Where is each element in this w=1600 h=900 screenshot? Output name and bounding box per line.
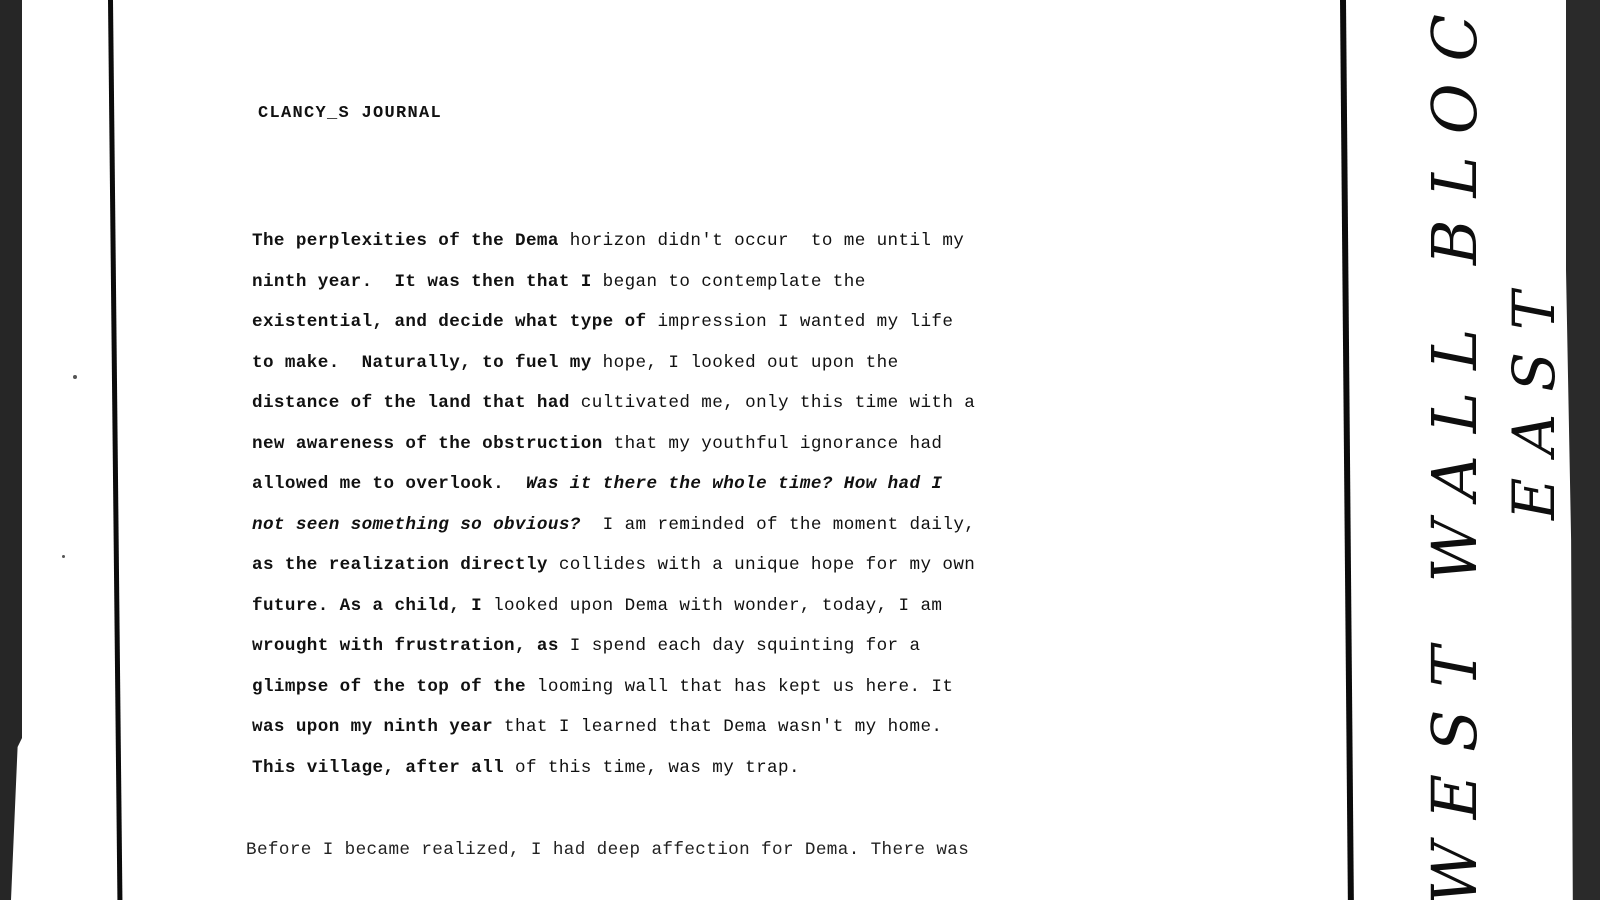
text-line: ninth year. It was then that I began to … xyxy=(252,267,1152,308)
text-line: The perplexities of the Dema horizon did… xyxy=(252,226,1152,267)
text-line: not seen something so obvious? I am remi… xyxy=(252,510,1152,551)
text-segment: that my youthful ignorance had xyxy=(614,434,943,454)
text-segment: of this time, was my trap. xyxy=(515,758,800,778)
text-segment: to make. Naturally, to fuel my xyxy=(252,353,603,373)
text-segment: hope, I looked out upon the xyxy=(603,353,899,373)
text-line: This village, after all of this time, wa… xyxy=(252,753,1152,794)
scan-edge-right xyxy=(1566,0,1600,900)
text-segment: existential, and decide what type of xyxy=(252,312,657,332)
text-line: future. As a child, I looked upon Dema w… xyxy=(252,591,1152,632)
text-segment: future. As a child, I xyxy=(252,596,493,616)
text-segment: horizon didn't occur to me until my xyxy=(570,231,965,251)
text-segment: not seen something so obvious? xyxy=(252,515,581,535)
text-segment: allowed me to overlook. xyxy=(252,474,526,494)
text-segment: collides with a unique hope for my own xyxy=(559,555,975,575)
document-title: CLANCY_S JOURNAL xyxy=(258,104,442,123)
text-segment: cultivated me, only this time with a xyxy=(581,393,976,413)
text-segment: This village, after all xyxy=(252,758,515,778)
journal-paragraph-2: Before I became realized, I had deep aff… xyxy=(246,840,969,860)
text-segment: I am reminded of the moment daily, xyxy=(581,515,976,535)
page-border-right xyxy=(1340,0,1354,900)
text-line: wrought with frustration, as I spend eac… xyxy=(252,631,1152,672)
text-line: to make. Naturally, to fuel my hope, I l… xyxy=(252,348,1152,389)
text-segment: glimpse of the top of the xyxy=(252,677,537,697)
text-line: glimpse of the top of the looming wall t… xyxy=(252,672,1152,713)
handwritten-margin-note: EAST xyxy=(1500,269,1568,520)
text-segment: Was it there the whole time? How had I xyxy=(526,474,942,494)
text-line: existential, and decide what type of imp… xyxy=(252,307,1152,348)
text-segment: impression I wanted my life xyxy=(657,312,953,332)
text-line: was upon my ninth year that I learned th… xyxy=(252,712,1152,753)
scan-speck xyxy=(62,555,65,558)
page-border-left xyxy=(108,0,122,900)
handwritten-margin-note: WEST WALL BLOCKED xyxy=(1418,0,1491,900)
text-segment: that I learned that Dema wasn't my home. xyxy=(504,717,942,737)
text-segment: distance of the land that had xyxy=(252,393,581,413)
text-line: as the realization directly collides wit… xyxy=(252,550,1152,591)
text-line: allowed me to overlook. Was it there the… xyxy=(252,469,1152,510)
text-segment: wrought with frustration, as xyxy=(252,636,570,656)
text-segment: The perplexities of the Dema xyxy=(252,231,570,251)
journal-paragraph-1: The perplexities of the Dema horizon did… xyxy=(252,226,1152,793)
text-segment: ninth year. It was then that I xyxy=(252,272,603,292)
text-segment: I spend each day squinting for a xyxy=(570,636,921,656)
scan-edge-left xyxy=(0,0,22,900)
text-segment: was upon my ninth year xyxy=(252,717,504,737)
text-segment: looked upon Dema with wonder, today, I a… xyxy=(493,596,942,616)
text-line: distance of the land that had cultivated… xyxy=(252,388,1152,429)
text-segment: looming wall that has kept us here. It xyxy=(537,677,953,697)
text-segment: as the realization directly xyxy=(252,555,559,575)
text-segment: new awareness of the obstruction xyxy=(252,434,614,454)
scan-speck xyxy=(73,375,77,379)
text-segment: began to contemplate the xyxy=(603,272,866,292)
text-line: new awareness of the obstruction that my… xyxy=(252,429,1152,470)
